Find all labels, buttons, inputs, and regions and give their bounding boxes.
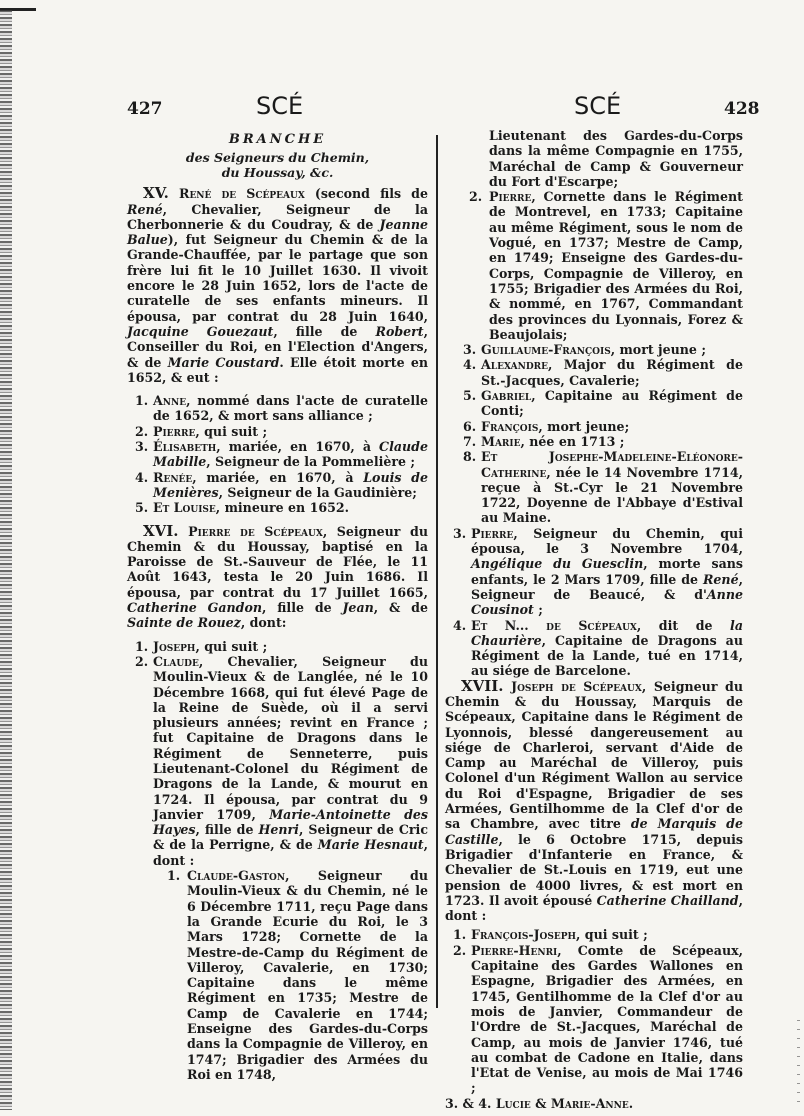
list-item: 4.Et N... de Scépeaux, dit de la Chauriè… — [445, 618, 743, 679]
generation-numeral: XV. — [143, 184, 169, 202]
item-number: 2. — [135, 654, 148, 669]
generation-numeral: XVI. — [143, 522, 179, 540]
person-name: Marie — [481, 434, 520, 449]
person-name: Pierre — [471, 526, 513, 541]
children-list-xv: 1.Anne, nommé dans l'acte de curatelle d… — [127, 393, 428, 515]
grandchildren-list-cont-2: 3.Guillaume-François, mort jeune ; 4.Ale… — [455, 342, 743, 526]
item-number: 8. — [463, 449, 476, 464]
entry-text: ), fut Seigneur du Chemin & de la Grande… — [127, 232, 428, 323]
person-name: Angélique du Guesclin — [471, 556, 643, 571]
person-name: Jean — [342, 600, 373, 615]
person-name: Jacquine Gouezaut — [127, 324, 273, 339]
list-item: 2.Claude, Chevalier, Seigneur du Moulin-… — [127, 654, 428, 1082]
person-name: Marie Coustard — [168, 355, 280, 370]
person-name: Pierre-Henri — [471, 943, 557, 958]
branch-subtitle-line2: du Houssay, &c. — [127, 165, 428, 180]
right-column: Lieutenant des Gardes-du-Corps dans la m… — [455, 128, 743, 1111]
item-text: , mort jeune; — [538, 419, 629, 434]
person-name: Robert — [375, 324, 423, 339]
item-text: . — [629, 1096, 633, 1111]
children-list-xvii: 1.François-Joseph, qui suit ; 2.Pierre-H… — [445, 927, 743, 1111]
grandchildren-list-cont: 2.Pierre, Cornette dans le Régiment de M… — [455, 189, 743, 342]
entry-text: , fille de — [262, 600, 342, 615]
item-text: , qui suit ; — [195, 639, 267, 654]
item-text: , fille de — [195, 822, 258, 837]
item-number: 2. — [453, 943, 466, 958]
person-name: René — [703, 572, 739, 587]
person-name: Élisabeth — [153, 439, 216, 454]
entry-text: , & de — [374, 600, 428, 615]
person-name: Anne — [153, 393, 186, 408]
list-item: 6.François, mort jeune; — [455, 419, 743, 434]
children-list-xvi: 1.Joseph, qui suit ; 2.Claude, Chevalier… — [127, 639, 428, 1083]
list-item: 4.Renée, mariée, en 1670, à Louis de Men… — [127, 470, 428, 501]
list-item: 5.Gabriel, Capitaine au Régiment de Cont… — [455, 388, 743, 419]
page-number-left: 427 — [127, 99, 163, 119]
person-name: Marie Hesnaut — [318, 837, 424, 852]
item-number: 3. — [135, 439, 148, 454]
list-item: 2.Pierre, qui suit ; — [127, 424, 428, 439]
person-name: René — [127, 202, 163, 217]
item-number: 3. — [463, 342, 476, 357]
running-head-left: SCÉ — [256, 92, 303, 120]
item-number: 4. — [135, 470, 148, 485]
person-name: René de Scépeaux — [179, 186, 305, 201]
children-list-xvi-cont: 3.Pierre, Seigneur du Chemin, qui épousa… — [445, 526, 743, 679]
person-name: Et N... de Scépeaux — [471, 618, 637, 633]
list-item: 7.Marie, née en 1713 ; — [455, 434, 743, 449]
person-name: Gabriel — [481, 388, 531, 403]
list-item: 1.Joseph, qui suit ; — [127, 639, 428, 654]
person-name: Catherine Gandon — [127, 600, 262, 615]
item-number: 7. — [463, 434, 476, 449]
continuation-text: Lieutenant des Gardes-du-Corps dans la m… — [455, 128, 743, 189]
left-column: BRANCHE des Seigneurs du Chemin, du Hous… — [127, 128, 428, 1090]
person-name: Claude — [153, 654, 199, 669]
list-item: 1.François-Joseph, qui suit ; — [445, 927, 743, 942]
person-name: Lucie & Marie-Anne — [496, 1096, 629, 1111]
entry-xv: XV. René de Scépeaux (second fils de Ren… — [127, 186, 428, 385]
item-text: , dit de — [637, 618, 730, 633]
entry-xvii: XVII. Joseph de Scépeaux, Seigneur du Ch… — [445, 679, 743, 924]
item-number: 4. — [463, 357, 476, 372]
entry-text: , dont: — [241, 615, 287, 630]
item-number: 1. — [135, 639, 148, 654]
item-text: , Chevalier, Seigneur du Moulin-Vieux & … — [153, 654, 428, 822]
column-divider — [436, 135, 438, 1008]
scan-edge-right — [797, 1020, 800, 1110]
person-name: Joseph de Scépeaux — [511, 679, 642, 694]
item-text: , qui suit ; — [576, 927, 648, 942]
list-item: 4.Alexandre, Major du Régiment de St.-Ja… — [455, 357, 743, 388]
person-name: François — [481, 419, 538, 434]
item-number: 6. — [463, 419, 476, 434]
branch-title: BRANCHE — [127, 132, 428, 147]
item-number: 3. & 4. — [445, 1096, 491, 1111]
item-number: 4. — [453, 618, 466, 633]
item-number: 1. — [135, 393, 148, 408]
item-number: 1. — [167, 868, 180, 883]
person-name: Sainte de Rouez — [127, 615, 241, 630]
item-text: , mineure en 1652. — [216, 500, 349, 515]
item-text: ; — [534, 602, 543, 617]
item-text: , Seigneur du Moulin-Vieux & du Chemin, … — [187, 868, 428, 1082]
item-number: 5. — [135, 500, 148, 515]
list-item: 2.Pierre, Cornette dans le Régiment de M… — [455, 189, 743, 342]
item-text: , nommé dans l'acte de curatelle de 1652… — [153, 393, 428, 423]
entry-text: , fille de — [273, 324, 375, 339]
item-number: 5. — [463, 388, 476, 403]
person-name: Pierre — [489, 189, 531, 204]
list-item: 1.Anne, nommé dans l'acte de curatelle d… — [127, 393, 428, 424]
list-item: 3.Pierre, Seigneur du Chemin, qui épousa… — [445, 526, 743, 618]
item-text: , mort jeune ; — [611, 342, 706, 357]
person-name: Pierre de Scépeaux — [188, 524, 323, 539]
running-head-right: SCÉ — [574, 92, 621, 120]
person-name: François-Joseph — [471, 927, 576, 942]
branch-subtitle-line1: des Seigneurs du Chemin, — [127, 150, 428, 165]
generation-numeral: XVII. — [461, 677, 504, 695]
person-name: Henri — [258, 822, 299, 837]
list-item: 3.Élisabeth, mariée, en 1670, à Claude M… — [127, 439, 428, 470]
person-name: Et Louise — [153, 500, 216, 515]
list-item: 3.Guillaume-François, mort jeune ; — [455, 342, 743, 357]
list-item: 2.Pierre-Henri, Comte de Scépeaux, Capit… — [445, 943, 743, 1096]
item-text: , née en 1713 ; — [520, 434, 624, 449]
entry-text: (second fils de — [305, 186, 428, 201]
item-number: 2. — [469, 189, 482, 204]
person-name: Pierre — [153, 424, 195, 439]
item-text: , Cornette dans le Régiment de Montrevel… — [489, 189, 743, 342]
scan-binding-edge — [0, 10, 12, 1110]
person-name: Catherine Chailland — [597, 893, 739, 908]
list-item: 5.Et Louise, mineure en 1652. — [127, 500, 428, 515]
item-number: 1. — [453, 927, 466, 942]
person-name: Guillaume-François — [481, 342, 611, 357]
person-name: Renée — [153, 470, 192, 485]
entry-text: , Seigneur du Chemin & du Houssay, Marqu… — [445, 679, 743, 832]
list-item: 1.Claude-Gaston, Seigneur du Moulin-Vieu… — [153, 868, 428, 1082]
item-text: , mariée, en 1670, à — [216, 439, 379, 454]
entry-xvi: XVI. Pierre de Scépeaux, Seigneur du Che… — [127, 524, 428, 631]
branch-subtitle: des Seigneurs du Chemin, du Houssay, &c. — [127, 150, 428, 180]
list-item: 8.Et Josephe-Madeleine-Eléonore-Catherin… — [455, 449, 743, 525]
item-text: , qui suit ; — [195, 424, 267, 439]
person-name: Claude-Gaston — [187, 868, 285, 883]
item-text: , Seigneur de la Gaudinière; — [219, 485, 417, 500]
grandchildren-list: 1.Claude-Gaston, Seigneur du Moulin-Vieu… — [153, 868, 428, 1082]
item-number: 2. — [135, 424, 148, 439]
item-text: , Comte de Scépeaux, Capitaine des Garde… — [471, 943, 743, 1096]
person-name: Alexandre — [481, 357, 548, 372]
page-number-right: 428 — [724, 99, 760, 119]
item-text: , mariée, en 1670, à — [192, 470, 363, 485]
person-name: Joseph — [153, 639, 195, 654]
list-item: 3. & 4. Lucie & Marie-Anne. — [445, 1096, 743, 1111]
item-text: , Seigneur de la Pommelière ; — [206, 454, 415, 469]
item-number: 3. — [453, 526, 466, 541]
